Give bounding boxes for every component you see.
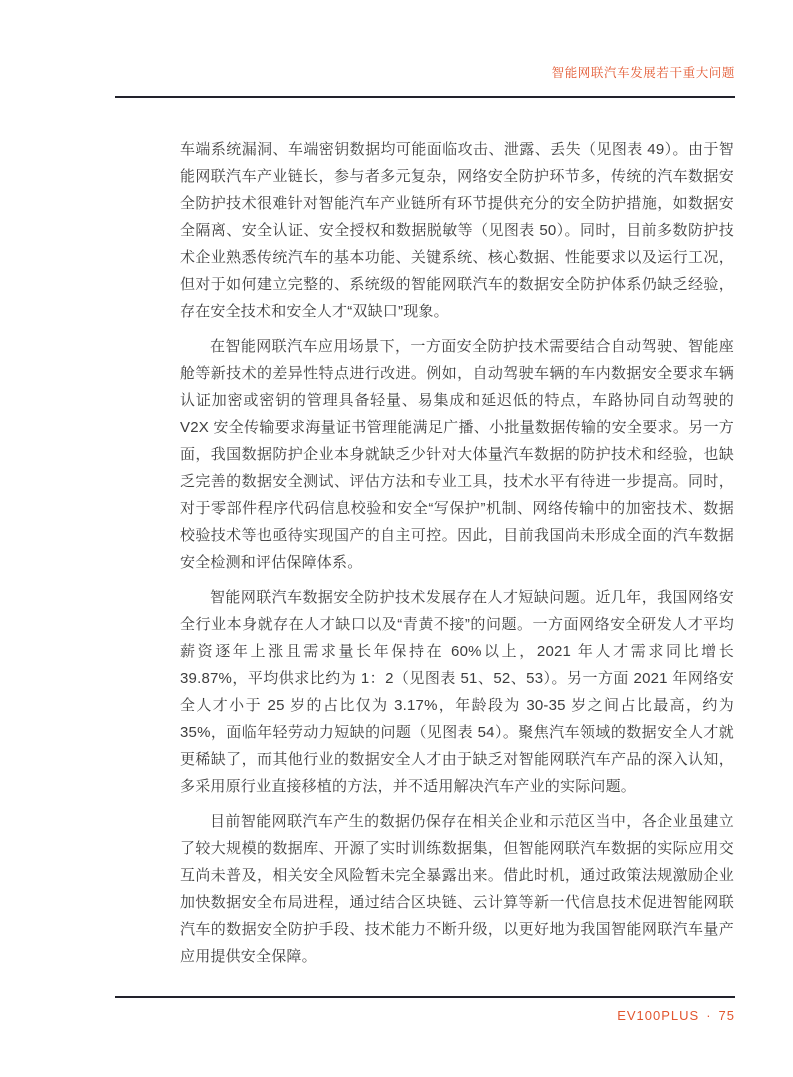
document-page: 智能网联汽车发展若干重大问题 车端系统漏洞、车端密钥数据均可能面临攻击、泄露、丢… [0, 0, 793, 1077]
page-footer-label: EV100PLUS·75 [617, 1008, 735, 1023]
page-number: 75 [719, 1008, 735, 1023]
running-head-title: 智能网联汽车发展若干重大问题 [552, 63, 735, 81]
paragraph-4: 目前智能网联汽车产生的数据仍保存在相关企业和示范区当中，各企业虽建立了较大规模的… [180, 808, 734, 970]
paragraph-1: 车端系统漏洞、车端密钥数据均可能面临攻击、泄露、丢失（见图表 49）。由于智能网… [180, 136, 734, 325]
footer-rule [115, 996, 735, 998]
header-rule [115, 96, 735, 98]
brand-label: EV100PLUS [617, 1008, 699, 1023]
body-text-block: 车端系统漏洞、车端密钥数据均可能面临攻击、泄露、丢失（见图表 49）。由于智能网… [180, 136, 734, 978]
paragraph-2: 在智能网联汽车应用场景下，一方面安全防护技术需要结合自动驾驶、智能座舱等新技术的… [180, 333, 734, 576]
paragraph-3: 智能网联汽车数据安全防护技术发展存在人才短缺问题。近几年，我国网络安全行业本身就… [180, 584, 734, 800]
footer-separator: · [706, 1008, 711, 1023]
